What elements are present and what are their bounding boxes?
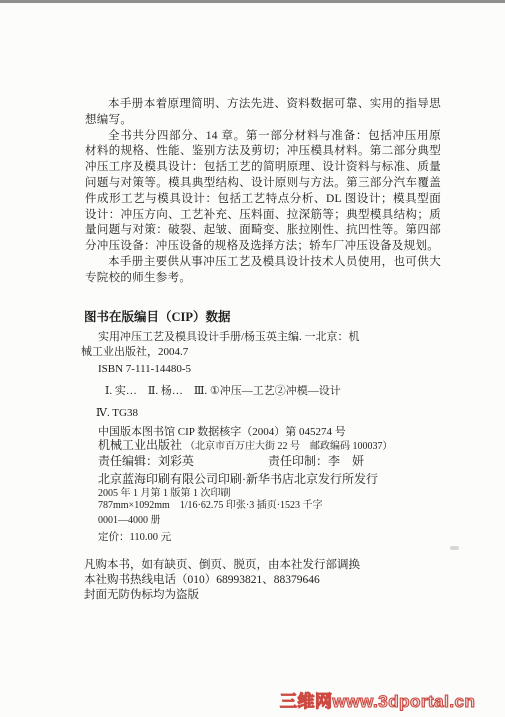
cip-title-line2: 械工业出版社，2004.7 — [81, 345, 408, 360]
intro-paragraph-3: 本手册主要供从事冲压工艺及模具设计技术人员使用，也可供大专院校的师生参考。 — [85, 255, 441, 287]
price-line: 定价：110.00 元 — [98, 531, 171, 545]
cip-heading: 图书在版编目（CIP）数据 — [84, 310, 408, 325]
notice-antipiracy: 封面无防伪标均为盗版 — [84, 588, 444, 603]
publisher-address: （北京市百万庄大街 22 号 邮政编码 100037） — [185, 441, 393, 452]
purchase-notices: 凡购本书，如有缺页、倒页、脱页，由本社发行部调换 本社购书热线电话（010）68… — [84, 558, 444, 603]
watermark-3dportal: 三维网www.3dportal.cn — [280, 687, 475, 712]
publisher-line: 机械工业出版社 （北京市百万庄大街 22 号 邮政编码 100037） — [98, 438, 393, 454]
format-line: 787mm×1092mm 1/16·62.75 印张·3 插页·1523 千字 — [98, 499, 323, 513]
cip-block: 图书在版编目（CIP）数据 实用冲压工艺及模具设计手册/杨玉英主编. 一北京：机… — [98, 310, 408, 440]
editors-line: 责任编辑：刘彩英 责任印制：李 妍 — [98, 454, 194, 468]
responsible-printer: 责任印制：李 妍 — [268, 454, 364, 468]
cip-classification-line2: Ⅳ. TG38 — [96, 406, 408, 421]
scan-smudge-mark — [450, 546, 459, 550]
intro-section: 本手册本着原理简明、方法先进、资料数据可靠、实用的指导思想编写。 全书共分四部分… — [85, 97, 441, 287]
intro-paragraph-2: 全书共分四部分、14 章。第一部分材料与准备：包括冲压用原材料的规格、性能、鉴别… — [85, 129, 441, 255]
responsible-editor: 责任编辑：刘彩英 — [98, 454, 194, 468]
book-copyright-page: 本手册本着原理简明、方法先进、资料数据可靠、实用的指导思想编写。 全书共分四部分… — [0, 0, 505, 717]
publisher-name: 机械工业出版社 — [98, 438, 182, 452]
cip-isbn: ISBN 7-111-14480-5 — [98, 362, 408, 377]
intro-paragraph-1: 本手册本着原理简明、方法先进、资料数据可靠、实用的指导思想编写。 — [85, 97, 441, 129]
notice-hotline: 本社购书热线电话（010）68993821、88379646 — [84, 573, 444, 588]
scan-edge-line — [0, 0, 505, 3]
print-run-line: 0001—4000 册 — [98, 514, 161, 528]
cip-classification-line1: Ⅰ. 实… Ⅱ. 杨… Ⅲ. ①冲压—工艺②冲模—设计 — [105, 384, 408, 399]
printing-distribution-line: 北京蓝海印刷有限公司印刷·新华书店北京发行所发行 — [98, 472, 378, 486]
cip-title-line1: 实用冲压工艺及模具设计手册/杨玉英主编. 一北京：机 — [98, 330, 408, 345]
notice-replacement: 凡购本书，如有缺页、倒页、脱页，由本社发行部调换 — [84, 558, 444, 573]
